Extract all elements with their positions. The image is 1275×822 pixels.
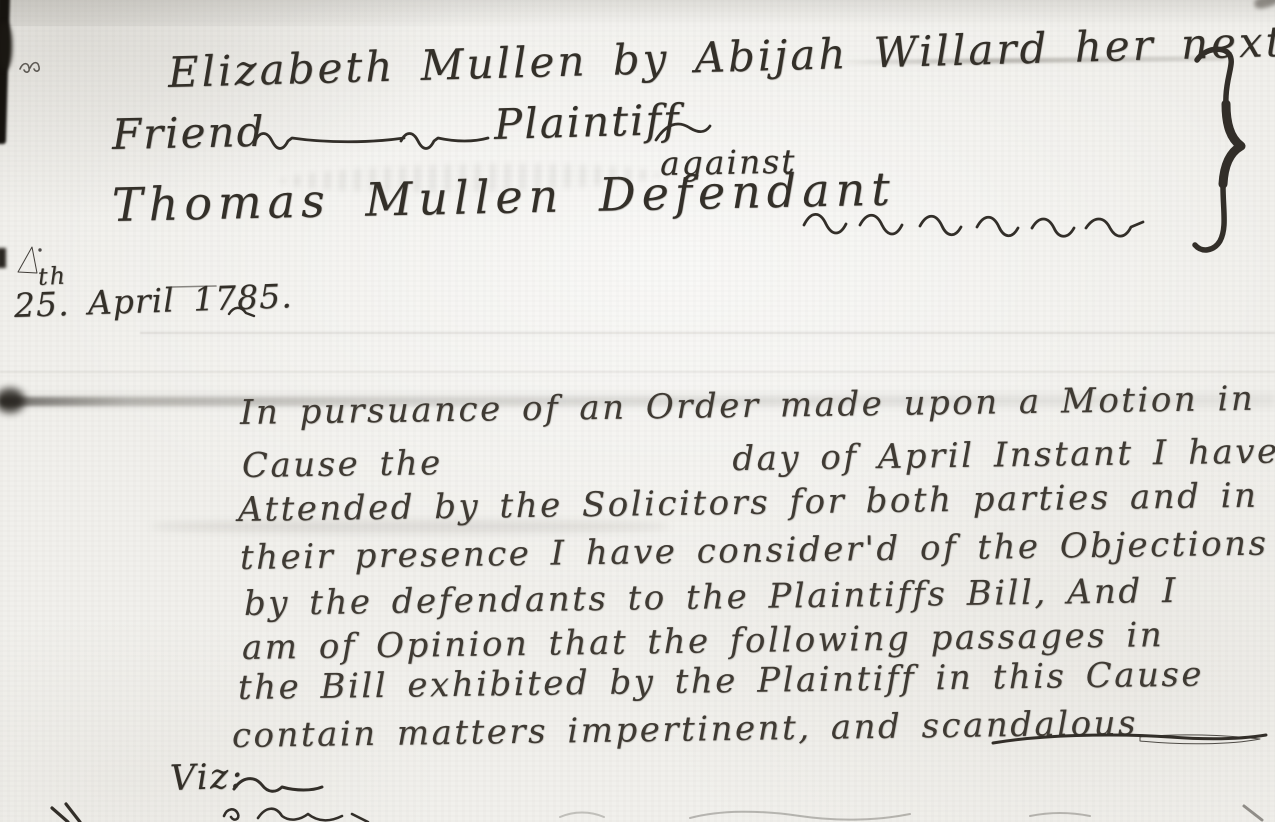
caption-defendant-line: Thomas Mullen Defendant: [111, 164, 896, 231]
body-line: by the defendants to the Plaintiffs Bill…: [244, 573, 1178, 623]
faint-rule-line: [140, 332, 1275, 334]
scan-left-edge-artifact: [0, 0, 10, 144]
caption-plaintiff-word: Plaintiff: [493, 97, 681, 148]
date-line: 25. April 1785.: [13, 278, 293, 324]
caption-parties-line: Elizabeth Mullen by Abijah Willard her n…: [167, 19, 1275, 96]
scan-left-edge-wedge: [0, 22, 12, 70]
body-line: their presence I have consider'd of the …: [240, 524, 1275, 577]
body-line: In pursuance of an Order made upon a Mot…: [240, 380, 1275, 433]
body-line: contain matters impertinent, and scandal…: [232, 705, 1138, 755]
viz-label: Viz:: [169, 757, 244, 798]
right-brace: [1185, 44, 1251, 258]
paper-fold-ink-blob: [0, 388, 25, 413]
marginal-squiggle-mark: [18, 58, 42, 74]
flourish-after-friend: [398, 128, 494, 152]
scan-top-right-nick: [1253, 0, 1275, 11]
flourish-after-friend: [252, 128, 412, 152]
body-line: Attended by the Solicitors for both part…: [238, 478, 1259, 530]
manuscript-page: Elizabeth Mullen by Abijah Willard her n…: [0, 0, 1275, 822]
caption-friend-word: Friend: [112, 109, 266, 158]
cut-off-line-strokes: [0, 800, 1275, 822]
scan-left-edge-mark: [0, 248, 6, 268]
faint-rule-line: [0, 371, 1275, 373]
